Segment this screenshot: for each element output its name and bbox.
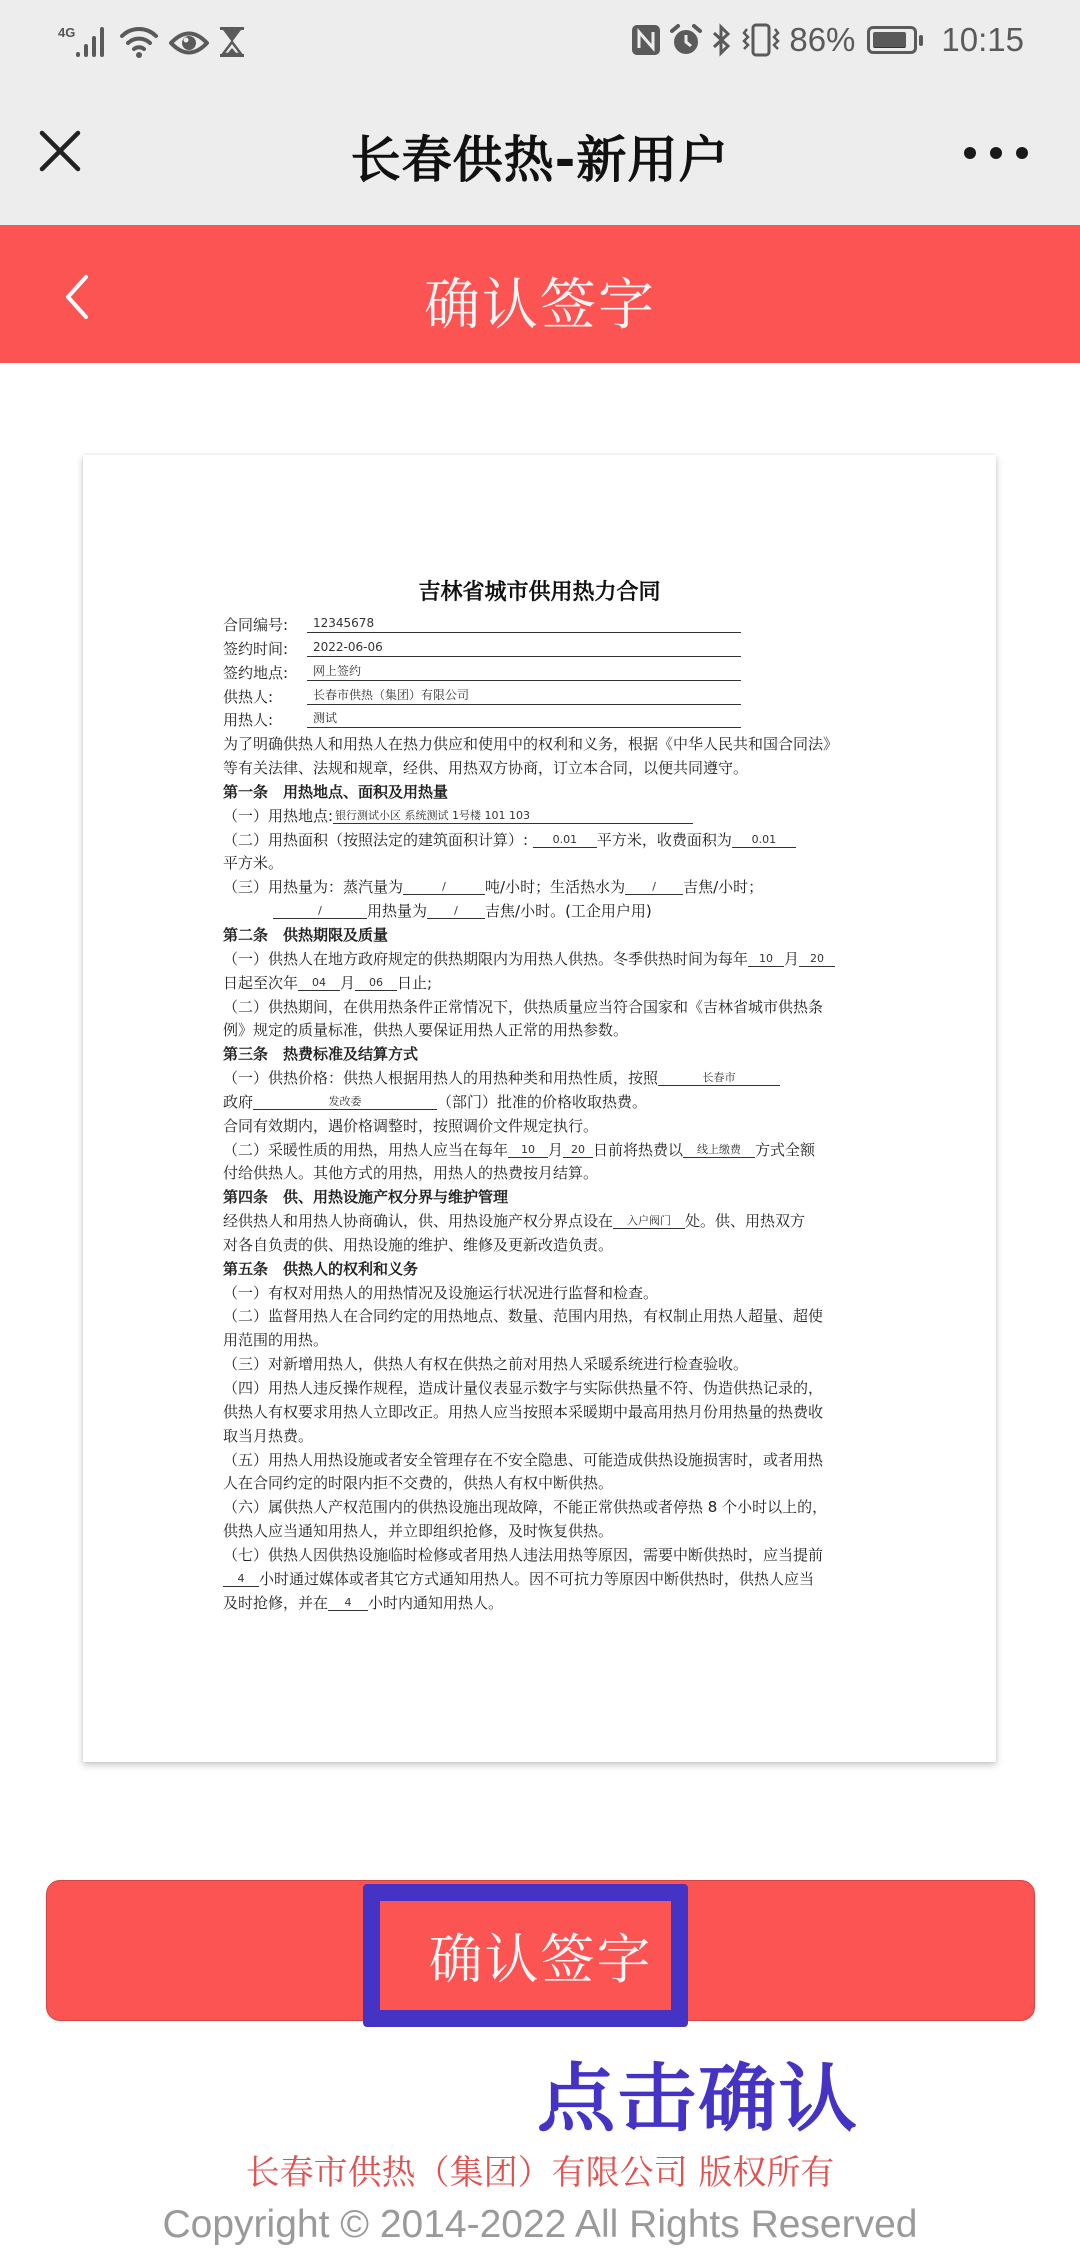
annotation-click-confirm: 点击确认 — [534, 2040, 863, 2146]
article-4-boundary: 经供热人和用热人协商确认，供、用热设施产权分界点设在入户阀门处。供、用热双方 — [223, 1210, 863, 1234]
article-5-repair: 及时抢修，并在4小时内通知用热人。 — [223, 1592, 863, 1616]
article-4-heading: 第四条 供、用热设施产权分界与维护管理 — [223, 1186, 863, 1210]
footer-copyright: Copyright © 2014-2022 All Rights Reserve… — [0, 2203, 1080, 2247]
confirm-sign-button[interactable]: 确认签字 — [46, 1880, 1035, 2021]
network-type-label: 4G — [58, 25, 75, 40]
hourglass-icon — [219, 26, 245, 58]
more-icon-dot — [1016, 147, 1028, 159]
article-2-period: （一）供热人在地方政府规定的供热期限内为用热人供热。冬季供热时间为每年10月20 — [223, 948, 863, 972]
more-button[interactable] — [964, 142, 1028, 164]
article-1-location: （一）用热地点:银行测试小区 系统测试 1号楼 101 103 — [223, 805, 863, 829]
battery-percent: 86% — [789, 21, 855, 59]
signal-icon — [75, 26, 109, 58]
article-2-quality: 例》规定的质量标准，供热人要保证用热人正常的用热参数。 — [223, 1019, 863, 1043]
eye-comfort-icon — [169, 28, 209, 58]
article-5-line: （二）监督用热人在合同约定的用热地点、数量、范围内用热，有权制止用热人超量、超使 — [223, 1305, 863, 1329]
article-3-payment: （二）采暖性质的用热，用热人应当在每年10月20日前将热费以线上缴费方式全额 — [223, 1139, 863, 1163]
article-5-line: （三）对新增用热人，供热人有权在供热之前对用热人采暖系统进行检查验收。 — [223, 1353, 863, 1377]
article-1-usage: （三）用热量为：蒸汽量为/吨/小时；生活热水为/吉焦/小时； — [223, 876, 863, 900]
article-1-area: （二）用热面积（按照法定的建筑面积计算）: 0.01平方米，收费面积为0.01 — [223, 829, 863, 853]
article-5-line: （五）用热人用热设施或者安全管理存在不安全隐患、可能造成供热设施损害时，或者用热 — [223, 1449, 863, 1473]
article-3-price-adjust: 合同有效期内，遇价格调整时，按照调价文件规定执行。 — [223, 1115, 863, 1139]
bluetooth-icon — [711, 23, 733, 57]
contract-body: 合同编号: 12345678 签约时间: 2022-06-06 签约地点: 网上… — [223, 614, 863, 1615]
app-navbar: 长春供热-新用户 — [0, 80, 1080, 225]
article-5-line: （六）属供热人产权范围内的供热设施出现故障，不能正常供热或者停热 8 个小时以上… — [223, 1496, 863, 1520]
article-5-line: 供热人有权要求用热人立即改正。用热人应当按照本采暖期中最高用热月份用热量的热费收 — [223, 1401, 863, 1425]
article-1-usage-industrial: /用热量为/吉焦/小时。(工企用户用) — [223, 900, 863, 924]
article-4-maintenance: 对各自负责的供、用热设施的维护、维修及更新改造负责。 — [223, 1234, 863, 1258]
footer-company: 长春市供热（集团）有限公司 版权所有 — [0, 2145, 1080, 2194]
location-value: 银行测试小区 系统测试 1号楼 101 103 — [333, 809, 693, 824]
article-5-notice: 4小时通过媒体或者其它方式通知用热人。因不可抗力等原因中断供热时，供热人应当 — [223, 1568, 863, 1592]
contract-field-sign-place: 签约地点: 网上签约 — [223, 662, 863, 686]
status-icons-left: 4G — [58, 22, 245, 58]
article-2-period-end: 日起至次年04月06日止; — [223, 972, 863, 996]
article-5-line: 取当月热费。 — [223, 1425, 863, 1449]
contract-title: 吉林省城市供用热力合同 — [83, 575, 996, 606]
article-5-line: 用范围的用热。 — [223, 1329, 863, 1353]
contract-field-sign-date: 签约时间: 2022-06-06 — [223, 638, 863, 662]
charge-area-value: 0.01 — [732, 833, 796, 848]
more-icon-dot — [964, 147, 976, 159]
contract-intro-line: 等有关法律、法规和规章，经供、用热双方协商，订立本合同，以便共同遵守。 — [223, 757, 863, 781]
status-icons-right: 86% 10:15 — [631, 20, 1024, 60]
page-header: 确认签字 — [0, 225, 1080, 363]
alarm-icon — [669, 24, 703, 56]
wifi-icon — [119, 24, 159, 58]
article-3-price: （一）供热价格：供热人根据用热人的用热种类和用热性质，按照长春市 — [223, 1067, 863, 1091]
article-5-line: （四）用热人违反操作规程，造成计量仪表显示数字与实际供热量不符、伪造供热记录的， — [223, 1377, 863, 1401]
article-2-quality: （二）供热期间，在供用热条件正常情况下，供热质量应当符合国家和《吉林省城市供热条 — [223, 996, 863, 1020]
article-5-line: 供热人应当通知用热人，并立即组织抢修，及时恢复供热。 — [223, 1520, 863, 1544]
contract-document[interactable]: 吉林省城市供用热力合同 合同编号: 12345678 签约时间: 2022-06… — [83, 455, 996, 1762]
page-title: 确认签字 — [0, 261, 1080, 341]
confirm-sign-label: 确认签字 — [47, 1917, 1034, 1994]
article-1-heading: 第一条 用热地点、面积及用热量 — [223, 781, 863, 805]
vibrate-icon — [741, 23, 781, 57]
more-icon-dot — [990, 147, 1002, 159]
contract-intro-line: 为了明确供热人和用热人在热力供应和使用中的权利和义务，根据《中华人民共和国合同法… — [223, 733, 863, 757]
contract-field-supplier: 供热人: 长春市供热（集团）有限公司 — [223, 686, 863, 710]
clock: 10:15 — [941, 21, 1024, 59]
article-3-price-dept: 政府发改委（部门）批准的价格收取热费。 — [223, 1091, 863, 1115]
article-2-heading: 第二条 供热期限及质量 — [223, 924, 863, 948]
contract-field-consumer: 用热人: 测试 — [223, 709, 863, 733]
battery-icon — [867, 26, 917, 54]
article-1-area-unit: 平方米。 — [223, 852, 863, 876]
status-bar: 4G — [0, 0, 1080, 80]
article-5-line: （一）有权对用热人的用热情况及设施运行状况进行监督和检查。 — [223, 1282, 863, 1306]
nfc-icon — [631, 24, 661, 56]
article-3-heading: 第三条 热费标准及结算方式 — [223, 1043, 863, 1067]
article-3-payment-cont: 付给供热人。其他方式的用热，用热人的热费按月结算。 — [223, 1162, 863, 1186]
app-title: 长春供热-新用户 — [0, 120, 1080, 192]
article-5-line: （七）供热人因供热设施临时检修或者用热人违法用热等原因，需要中断供热时，应当提前 — [223, 1544, 863, 1568]
contract-field-number: 合同编号: 12345678 — [223, 614, 863, 638]
article-5-heading: 第五条 供热人的权利和义务 — [223, 1258, 863, 1282]
area-value: 0.01 — [533, 833, 597, 848]
article-5-line: 人在合同约定的时限内拒不交费的，供热人有权中断供热。 — [223, 1472, 863, 1496]
